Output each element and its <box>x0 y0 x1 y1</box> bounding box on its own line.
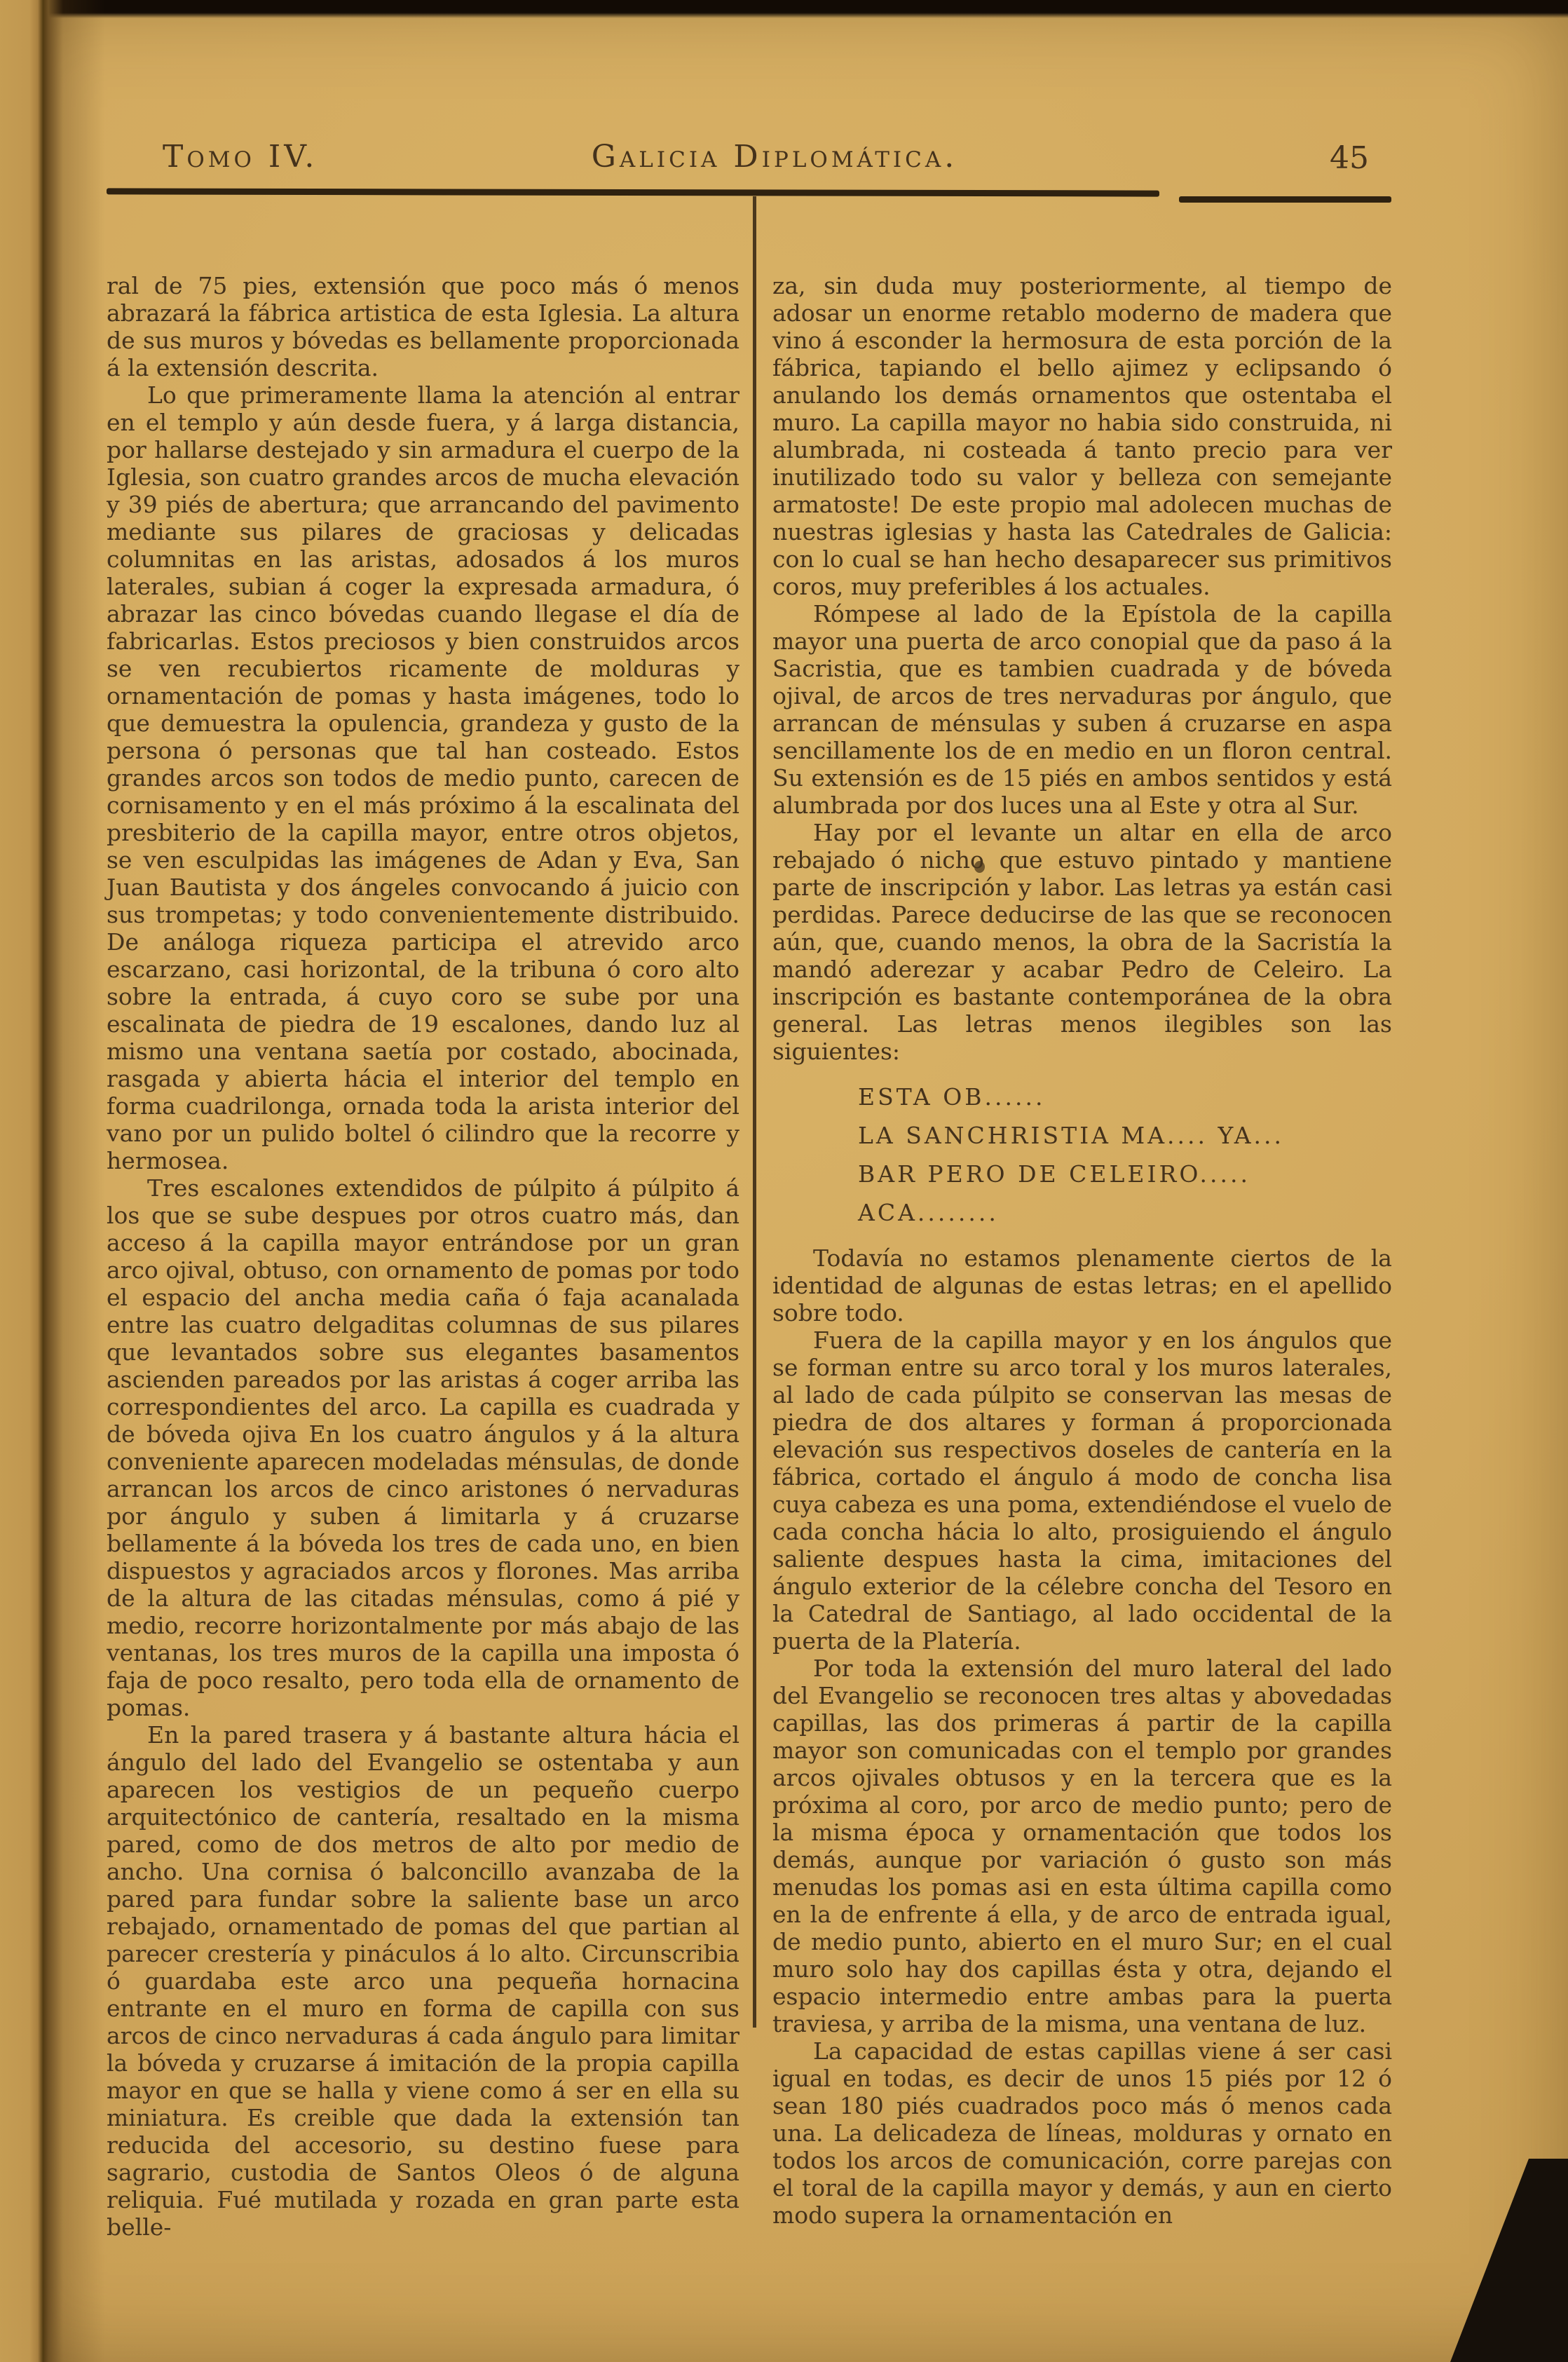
body-paragraph: Rómpese al lado de la Epístola de la cap… <box>772 600 1392 819</box>
body-paragraph: La capacidad de estas capillas viene á s… <box>772 2037 1392 2229</box>
header-rule-right-segment <box>1179 196 1391 203</box>
body-paragraph: En la pared trasera y á bastante altura … <box>107 1721 739 2241</box>
inscription-line: ESTA OB...... <box>858 1078 1392 1116</box>
body-paragraph: ral de 75 pies, extensión que poco más ó… <box>107 272 739 381</box>
volume-label: Tomo IV. <box>163 139 318 175</box>
left-column: ral de 75 pies, extensión que poco más ó… <box>107 272 739 2241</box>
body-paragraph: Fuera de la capilla mayor y en los ángul… <box>772 1326 1392 1655</box>
right-column: za, sin duda muy posteriormente, al tiem… <box>772 272 1392 2229</box>
page-title: Galicia Diplomática. <box>592 139 958 175</box>
body-paragraph: Por toda la extensión del muro lateral d… <box>772 1655 1392 2037</box>
column-divider-rule <box>753 196 756 2028</box>
scan-dark-corner-bottom-right <box>1428 2159 1568 2362</box>
body-paragraph: Lo que primeramente llama la atención al… <box>107 381 739 1174</box>
body-paragraph: Tres escalones extendidos de púlpito á p… <box>107 1174 739 1721</box>
body-paragraph: Hay por el levante un altar en ella de a… <box>772 819 1392 1065</box>
inscription-line: ACA........ <box>858 1193 1392 1232</box>
scan-dark-edge-top <box>0 0 1568 18</box>
adjacent-page-gutter <box>0 0 105 2362</box>
scanned-page: Tomo IV. Galicia Diplomática. 45 ral de … <box>0 0 1568 2362</box>
inscription-line: LA SANCHRISTIA MA.... YA... <box>858 1116 1392 1155</box>
body-paragraph: za, sin duda muy posteriormente, al tiem… <box>772 272 1392 600</box>
body-paragraph: Todavía no estamos plenamente ciertos de… <box>772 1244 1392 1326</box>
page-number: 45 <box>1330 140 1369 176</box>
header-rule-left-segment <box>107 188 1159 196</box>
inscription-block: ESTA OB...... LA SANCHRISTIA MA.... YA..… <box>858 1078 1392 1232</box>
inscription-line: BAR PERO DE CELEIRO..... <box>858 1155 1392 1193</box>
